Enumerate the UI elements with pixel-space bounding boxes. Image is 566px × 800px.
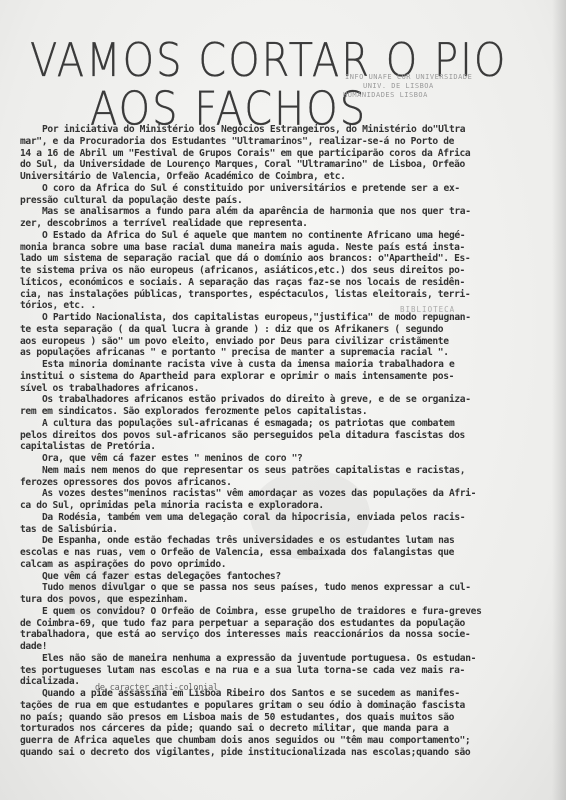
- text-line: pressão cultural da população deste país…: [20, 195, 520, 207]
- text-line: trabalhadora, que está ao serviço dos in…: [20, 629, 520, 641]
- text-line: capitalistas de Pretória.: [20, 441, 520, 453]
- text-line: O Partido Nacionalista, dos capitalistas…: [20, 312, 520, 324]
- text-line: tações de rua em que estudantes e popula…: [20, 700, 520, 712]
- text-line: Que vêm cá fazer estas delegações fantoc…: [20, 571, 520, 583]
- text-line: ca do Sul, oprimidas pela minoria racist…: [20, 500, 520, 512]
- text-line: Mas se analisarmos a fundo para além da …: [20, 206, 520, 218]
- overtyped-annotation: de caracter anti-colonial: [95, 683, 218, 693]
- text-line: mar", e da Procuradoria dos Estudantes "…: [20, 136, 520, 148]
- text-line: zer, descobrimos a terrível realidade qu…: [20, 218, 520, 230]
- text-line: aos europeus ) são" um povo eleito, envi…: [20, 336, 520, 348]
- text-line: de Coimbra-69, que tudo faz para perpetu…: [20, 618, 520, 630]
- text-line: dade!: [20, 641, 520, 653]
- scanned-page: VAMOS CORTAR O PIO AOS FACHOS INFO UNAFE…: [0, 0, 566, 800]
- text-line: Universitário de Valencia, Orfeão Académ…: [20, 171, 520, 183]
- text-line: monia branca sobre uma base racial duma …: [20, 242, 520, 254]
- page-edge-shadow: [552, 0, 566, 800]
- text-line: Os trabalhadores africanos estão privado…: [20, 394, 520, 406]
- text-line: cia, nas instalações públicas, transport…: [20, 289, 520, 301]
- text-line: Eles não são de maneira nenhuma a expres…: [20, 653, 520, 665]
- text-line: institui o sistema do Apartheid para exp…: [20, 371, 520, 383]
- text-line: Tudo menos divulgar o que se passa nos s…: [20, 582, 520, 594]
- text-line: Ora, que vêm cá fazer estes " meninos de…: [20, 453, 520, 465]
- article-body: Por iniciativa do Ministério dos Negócio…: [20, 124, 520, 759]
- text-line: Esta minoria dominante racista vive à cu…: [20, 359, 520, 371]
- text-line: Por iniciativa do Ministério dos Negócio…: [20, 124, 520, 136]
- text-line: E quem os convidou? O Orfeão de Coimbra,…: [20, 606, 520, 618]
- text-line: tórios, etc. .: [20, 300, 520, 312]
- text-line: O coro da África do Sul é constituido po…: [20, 183, 520, 195]
- text-line: ferozes opressores dos povos africanos.: [20, 477, 520, 489]
- text-line: O Estado da África do Sul é aquele que m…: [20, 230, 520, 242]
- text-line: te sistema priva os não europeus (africa…: [20, 265, 520, 277]
- stamp-line: HUMANIDADES LISBOA: [335, 91, 535, 100]
- text-line: do Sul, da Universidade de Lourenço Marq…: [20, 159, 520, 171]
- text-line: pelos direitos dos povos sul-africanos s…: [20, 430, 520, 442]
- faint-stamp: INFO UNAFE COR UNIVERSIDADE UNIV. DE LIS…: [335, 73, 535, 100]
- text-line: no país; quando são presos em Lisboa mai…: [20, 712, 520, 724]
- text-line: A cultura das populações sul-africanas é…: [20, 418, 520, 430]
- text-line: escolas e nas ruas, vem o Orfeão de Vale…: [20, 547, 520, 559]
- text-line: sível os trabalhadores africanos.: [20, 383, 520, 395]
- text-line: líticos, económicos e sociais. A separaç…: [20, 277, 520, 289]
- text-line: As vozes destes"meninos racistas" vêm am…: [20, 488, 520, 500]
- text-line: torturados nos cárceres da pide; quando …: [20, 723, 520, 735]
- text-line: quando sai o decreto dos vigilantes, pid…: [20, 747, 520, 759]
- text-line: calcam as aspirações do povo oprimido.: [20, 559, 520, 571]
- text-line: rem em sindicatos. São explorados ferozm…: [20, 406, 520, 418]
- text-line: De Espanha, onde estão fechadas três uni…: [20, 535, 520, 547]
- text-line: Da Rodésia, também vem uma delegação cor…: [20, 512, 520, 524]
- text-line: tas de Salisbúria.: [20, 524, 520, 536]
- text-line: 14 a 16 de Abril um "Festival de Grupos …: [20, 148, 520, 160]
- text-line: Nem mais nem menos do que representar os…: [20, 465, 520, 477]
- text-line: lado um sistema de separação racial que …: [20, 253, 520, 265]
- text-line: as populações africanas " e portanto " p…: [20, 347, 520, 359]
- text-line: te esta separação ( da qual lucra à gran…: [20, 324, 520, 336]
- text-line: tes portugueses lutam nas escolas e na r…: [20, 665, 520, 677]
- stamp-line: UNIV. DE LISBOA: [335, 82, 535, 91]
- stamp-line: INFO UNAFE COR UNIVERSIDADE: [335, 73, 535, 82]
- text-line: guerra de África aqueles que chumbam doi…: [20, 735, 520, 747]
- text-line: tura dos povos, que espezinham.: [20, 594, 520, 606]
